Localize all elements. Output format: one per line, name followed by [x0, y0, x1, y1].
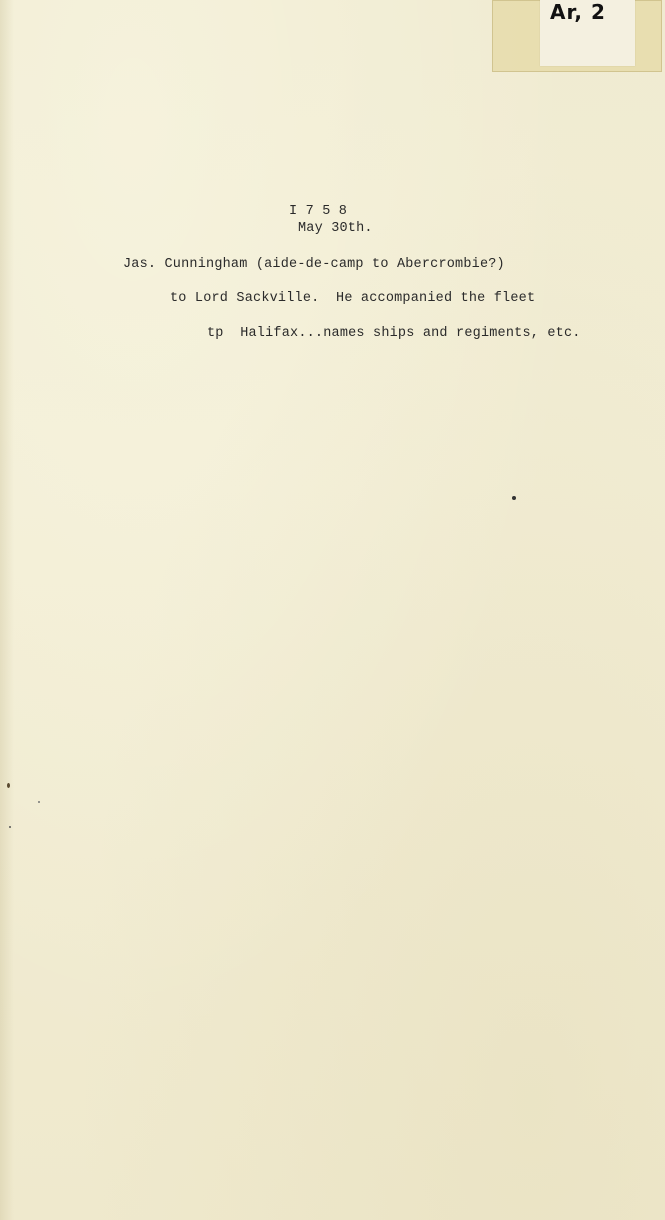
ink-speck [9, 826, 11, 828]
paper-background [0, 0, 665, 1220]
document-date: May 30th. [298, 221, 373, 236]
document-line-1: Jas. Cunningham (aide-de-camp to Abercro… [123, 257, 505, 272]
paper-edge-shadow [0, 0, 14, 1220]
document-line-2: to Lord Sackville. He accompanied the fl… [170, 291, 535, 306]
ink-speck [512, 496, 516, 500]
ink-speck [38, 801, 40, 803]
document-year: I 7 5 8 [289, 204, 347, 219]
document-line-3: tp Halifax...names ships and regiments, … [207, 326, 581, 341]
archive-tag: Ar, 2 [550, 0, 606, 24]
ink-speck [7, 783, 10, 788]
